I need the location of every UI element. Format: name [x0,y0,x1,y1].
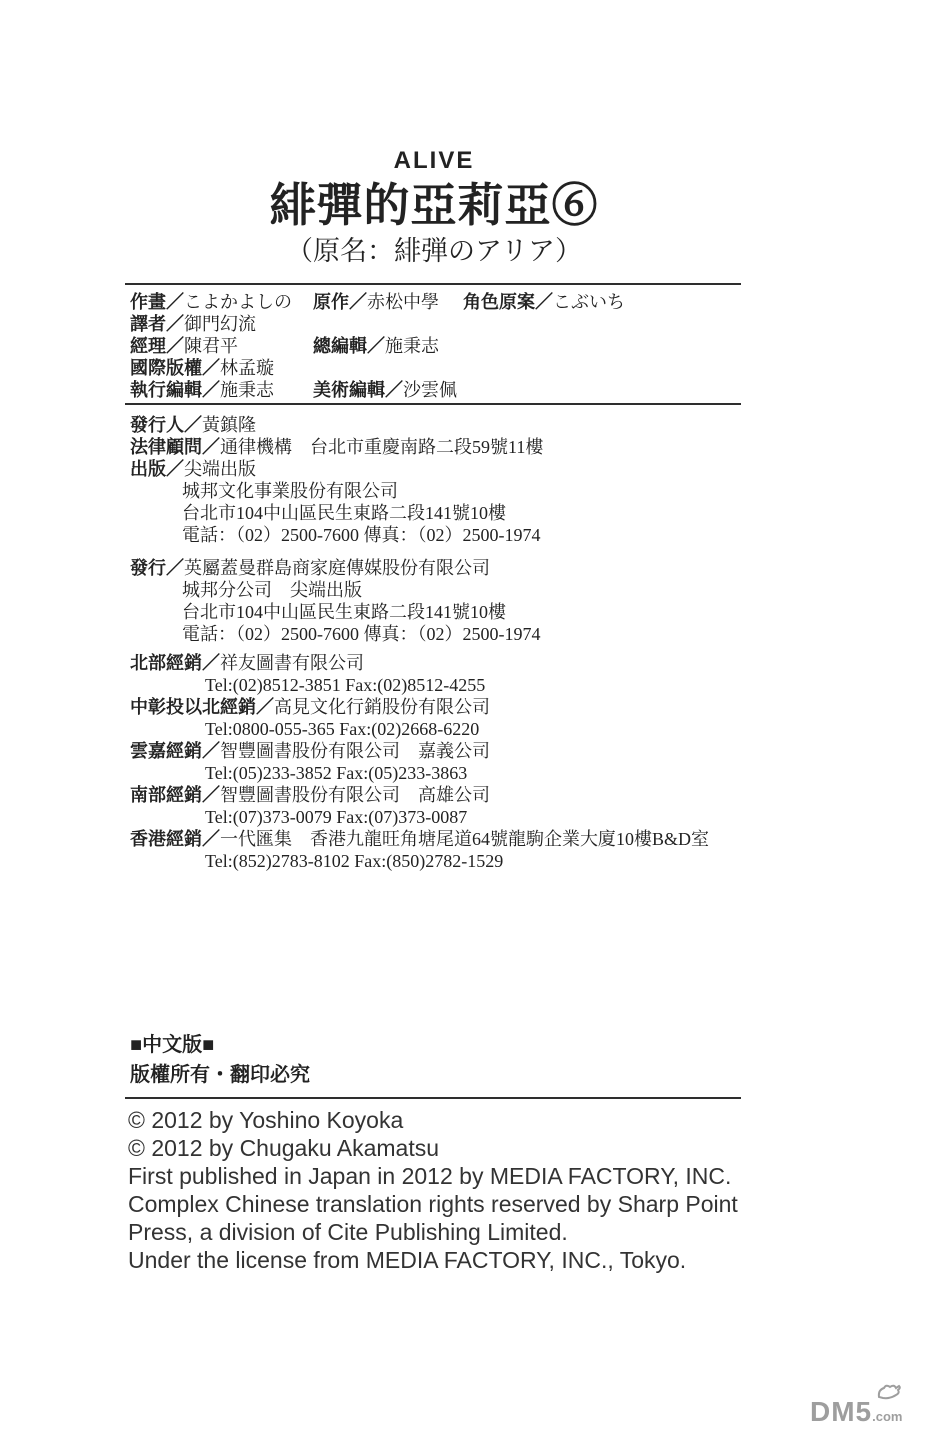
credit-label: 作畫／ [130,292,184,312]
credit-value: 赤松中學 [367,292,439,312]
publisher-line: 電話：（02）2500-7600 傳真：（02）2500-1974 [130,524,755,546]
publisher-value: 尖端出版 [184,459,256,479]
credits-row: 執行編輯／施秉志美術編輯／沙雲佩 [130,379,755,401]
issuer-value: 英屬蓋曼群島商家庭傳媒股份有限公司 [184,558,490,578]
credits-row: 作畫／こよかよしの原作／赤松中學角色原案／こぶいち [130,291,755,313]
distributor-label: 南部經銷／ [130,785,220,805]
copyright-line: First published in Japan in 2012 by MEDI… [128,1162,778,1190]
credit-label: 美術編輯／ [313,380,403,400]
credit-value: 施秉志 [220,380,274,400]
distributor-value: 一代匯集 香港九龍旺角塘尾道64號龍駒企業大廈10樓B&D室 [220,829,709,849]
english-copyright-section: © 2012 by Yoshino Koyoka © 2012 by Chuga… [128,1106,778,1274]
copyright-line: © 2012 by Yoshino Koyoka [128,1106,778,1134]
publisher-value: 通律機構 台北市重慶南路二段59號11樓 [220,437,543,457]
chinese-edition-section: ■中文版■ 版權所有・翻印必究 [130,1030,755,1090]
title-block: ALIVE 緋彈的亞莉亞⑥ （原名：緋弾のアリア） [125,148,743,267]
distributor-phone: Tel:(07)373-0079 Fax:(07)373-0087 [130,806,755,828]
distributor-label: 雲嘉經銷／ [130,741,220,761]
distributor-line: 北部經銷／祥友圖書有限公司 [130,652,755,674]
distributor-value: 智豐圖書股份有限公司 高雄公司 [220,785,490,805]
distributor-value: 智豐圖書股份有限公司 嘉義公司 [220,741,490,761]
publisher-line: 台北市104中山區民生東路二段141號10樓 [130,502,755,524]
dm5-logo-text: DM5 [810,1396,872,1427]
distributor-label: 北部經銷／ [130,653,220,673]
issuer-value: 電話：（02）2500-7600 傳真：（02）2500-1974 [182,624,541,644]
publisher-value: 黃鎮隆 [202,415,256,435]
credit-value: 陳君平 [184,336,238,356]
issuer-section: 發行／英屬蓋曼群島商家庭傳媒股份有限公司 城邦分公司 尖端出版 台北市104中山… [130,557,755,645]
issuer-line: 城邦分公司 尖端出版 [130,579,755,601]
distributor-phone: Tel:(852)2783-8102 Fax:(850)2782-1529 [130,850,755,872]
dm5-mascot-icon [876,1384,902,1405]
credit-value: 施秉志 [385,336,439,356]
distributor-phone: Tel:(05)233-3852 Fax:(05)233-3863 [130,762,755,784]
distributor-line: 南部經銷／智豐圖書股份有限公司 高雄公司 [130,784,755,806]
copyright-notice-cn: 版權所有・翻印必究 [130,1060,755,1090]
credit-label: 國際版權／ [130,358,220,378]
dm5-logo-tld: .com [872,1409,902,1424]
publisher-label: 法律顧問／ [130,437,220,457]
credit-label: 執行編輯／ [130,380,220,400]
copyright-line: © 2012 by Chugaku Akamatsu [128,1134,778,1162]
distributors-section: 北部經銷／祥友圖書有限公司 Tel:(02)8512-3851 Fax:(02)… [130,652,755,872]
issuer-value: 台北市104中山區民生東路二段141號10樓 [182,602,506,622]
credits-section: 作畫／こよかよしの原作／赤松中學角色原案／こぶいち 譯者／御門幻流 經理／陳君平… [130,291,755,401]
publisher-section: 發行人／黃鎮隆 法律顧問／通律機構 台北市重慶南路二段59號11樓 出版／尖端出… [130,414,755,546]
distributor-line: 香港經銷／一代匯集 香港九龍旺角塘尾道64號龍駒企業大廈10樓B&D室 [130,828,755,850]
distributor-label: 香港經銷／ [130,829,220,849]
divider-credits [125,403,741,405]
issuer-label: 發行／ [130,558,184,578]
issuer-value: 城邦分公司 尖端出版 [182,580,362,600]
copyright-line: Under the license from MEDIA FACTORY, IN… [128,1246,778,1274]
issuer-line: 台北市104中山區民生東路二段141號10樓 [130,601,755,623]
distributor-line: 雲嘉經銷／智豐圖書股份有限公司 嘉義公司 [130,740,755,762]
original-title: （原名：緋弾のアリア） [125,235,743,267]
distributor-phone: Tel:0800-055-365 Fax:(02)2668-6220 [130,718,755,740]
distributor-value: 祥友圖書有限公司 [220,653,364,673]
copyright-line: Press, a division of Cite Publishing Lim… [128,1218,778,1246]
dm5-watermark: DM5.com [810,1390,928,1432]
colophon-page: ALIVE 緋彈的亞莉亞⑥ （原名：緋弾のアリア） 作畫／こよかよしの原作／赤松… [0,0,932,1440]
issuer-line: 發行／英屬蓋曼群島商家庭傳媒股份有限公司 [130,557,755,579]
credit-value: 林孟璇 [220,358,274,378]
distributor-line: 中彰投以北經銷／高見文化行銷股份有限公司 [130,696,755,718]
imprint-label: ALIVE [125,148,743,174]
credit-value: 御門幻流 [184,314,256,334]
publisher-label: 發行人／ [130,415,202,435]
publisher-value: 電話：（02）2500-7600 傳真：（02）2500-1974 [182,525,541,545]
credit-label: 總編輯／ [313,336,385,356]
credit-label: 經理／ [130,336,184,356]
book-title: 緋彈的亞莉亞⑥ [125,180,743,230]
credit-value: こよかよしの [184,292,292,312]
credits-row: 譯者／御門幻流 [130,313,755,335]
publisher-line: 發行人／黃鎮隆 [130,414,755,436]
credit-label: 角色原案／ [463,292,553,312]
credit-value: こぶいち [553,292,625,312]
copyright-line: Complex Chinese translation rights reser… [128,1190,778,1218]
distributor-phone: Tel:(02)8512-3851 Fax:(02)8512-4255 [130,674,755,696]
publisher-label: 出版／ [130,459,184,479]
distributor-value: 高見文化行銷股份有限公司 [274,697,490,717]
publisher-value: 台北市104中山區民生東路二段141號10樓 [182,503,506,523]
divider-bottom [125,1097,741,1099]
credit-label: 原作／ [313,292,367,312]
publisher-value: 城邦文化事業股份有限公司 [182,481,398,501]
distributor-label: 中彰投以北經銷／ [130,697,274,717]
divider-top [125,283,741,285]
publisher-line: 法律顧問／通律機構 台北市重慶南路二段59號11樓 [130,436,755,458]
credit-value: 沙雲佩 [403,380,457,400]
chinese-edition-mark: ■中文版■ [130,1030,755,1060]
issuer-line: 電話：（02）2500-7600 傳真：（02）2500-1974 [130,623,755,645]
credits-row: 經理／陳君平總編輯／施秉志 [130,335,755,357]
credit-label: 譯者／ [130,314,184,334]
credits-row: 國際版權／林孟璇 [130,357,755,379]
publisher-line: 城邦文化事業股份有限公司 [130,480,755,502]
publisher-line: 出版／尖端出版 [130,458,755,480]
